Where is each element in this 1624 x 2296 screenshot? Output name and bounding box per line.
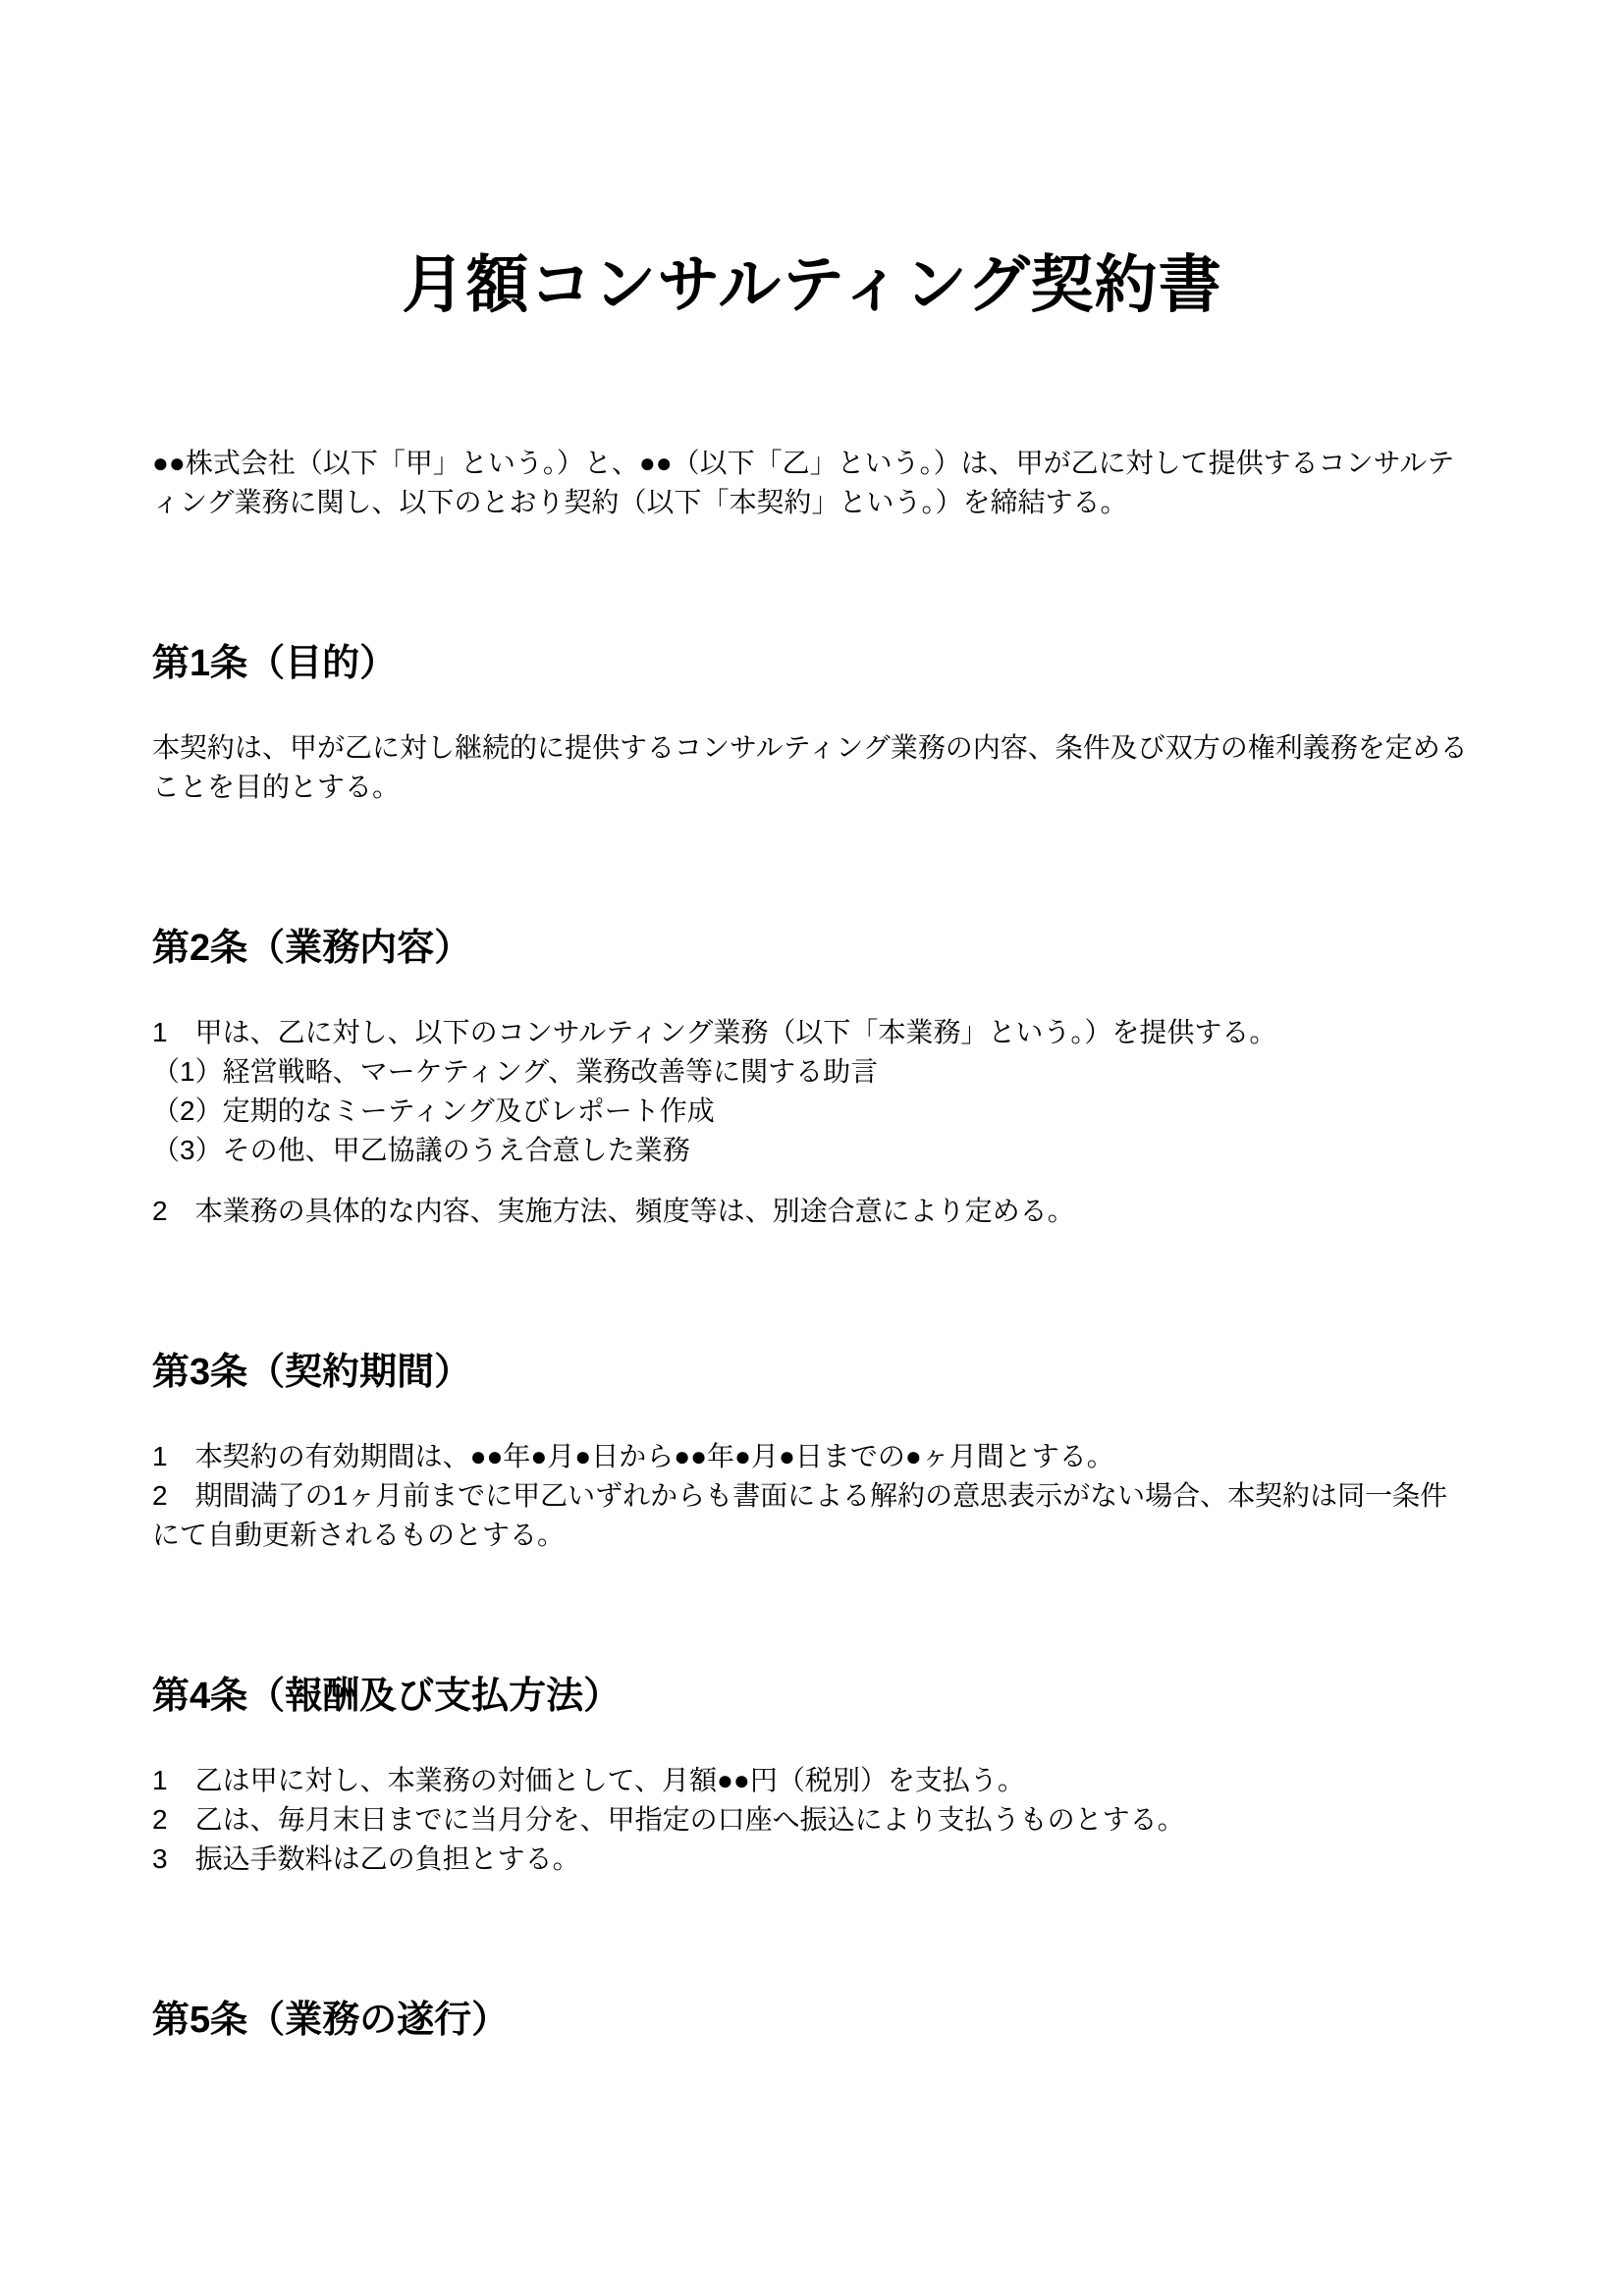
article-2-item-1: 1 甲は、乙に対し、以下のコンサルティング業務（以下「本業務」という。）を提供す…: [152, 1013, 1472, 1052]
section-article-2: 第2条（業務内容） 1 甲は、乙に対し、以下のコンサルティング業務（以下「本業務…: [152, 923, 1472, 1231]
article-2-item-2: 2 本業務の具体的な内容、実施方法、頻度等は、別途合意により定める。: [152, 1192, 1472, 1231]
article-1-heading: 第1条（目的）: [152, 638, 1472, 689]
article-5-heading: 第5条（業務の遂行）: [152, 1995, 1472, 2046]
article-4-item-3: 3 振込手数料は乙の負担とする。: [152, 1840, 1472, 1879]
article-2-heading: 第2条（業務内容）: [152, 923, 1472, 974]
article-3-heading: 第3条（契約期間）: [152, 1347, 1472, 1398]
article-4-item-1: 1 乙は甲に対し、本業務の対価として、月額●●円（税別）を支払う。: [152, 1761, 1472, 1800]
document-title: 月額コンサルティング契約書: [152, 243, 1472, 326]
article-1-paragraph: 本契約は、甲が乙に対し継続的に提供するコンサルティング業務の内容、条件及び双方の…: [152, 728, 1472, 807]
intro-paragraph: ●●株式会社（以下「甲」という。）と、●●（以下「乙」という。）は、甲が乙に対し…: [152, 444, 1472, 522]
article-2-subitem-2: （2）定期的なミーティング及びレポート作成: [152, 1092, 1472, 1131]
section-article-3: 第3条（契約期間） 1 本契約の有効期間は、●●年●月●日から●●年●月●日まで…: [152, 1347, 1472, 1555]
section-article-4: 第4条（報酬及び支払方法） 1 乙は甲に対し、本業務の対価として、月額●●円（税…: [152, 1671, 1472, 1879]
section-article-1: 第1条（目的） 本契約は、甲が乙に対し継続的に提供するコンサルティング業務の内容…: [152, 638, 1472, 807]
section-article-5: 第5条（業務の遂行）: [152, 1995, 1472, 2046]
article-3-item-1: 1 本契約の有効期間は、●●年●月●日から●●年●月●日までの●ヶ月間とする。: [152, 1437, 1472, 1476]
article-2-subitem-3: （3）その他、甲乙協議のうえ合意した業務: [152, 1131, 1472, 1170]
article-4-item-2: 2 乙は、毎月末日までに当月分を、甲指定の口座へ振込により支払うものとする。: [152, 1800, 1472, 1840]
article-3-item-2: 2 期間満了の1ヶ月前までに甲乙いずれからも書面による解約の意思表示がない場合、…: [152, 1476, 1472, 1555]
article-2-subitem-1: （1）経営戦略、マーケティング、業務改善等に関する助言: [152, 1052, 1472, 1092]
article-4-heading: 第4条（報酬及び支払方法）: [152, 1671, 1472, 1722]
contract-document-page: 月額コンサルティング契約書 ●●株式会社（以下「甲」という。）と、●●（以下「乙…: [0, 0, 1624, 2296]
